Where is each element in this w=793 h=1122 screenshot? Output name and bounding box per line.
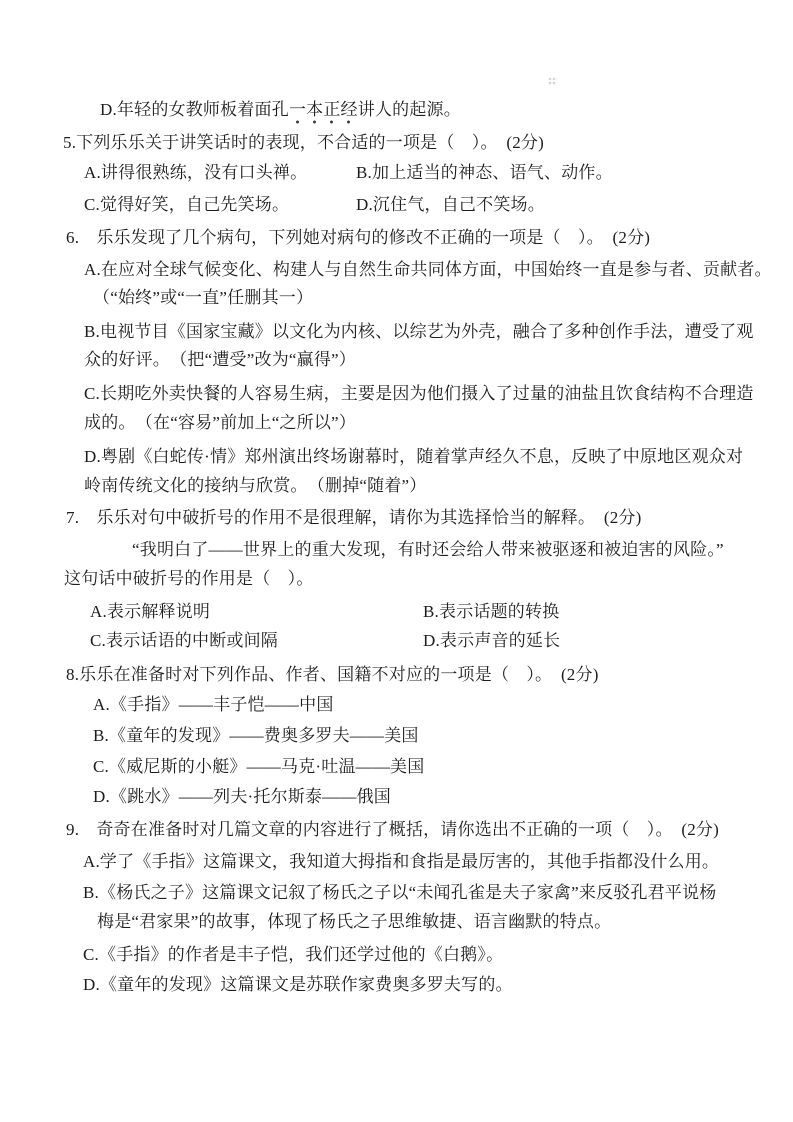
q4-option-d-pre: D.年轻的女教师板着面孔 (100, 100, 289, 119)
q6-option-d-line2: 岭南传统文化的接纳与欣赏。 （删掉“随着”） (84, 474, 427, 498)
q7-stem-line2: 这句话中破折号的作用是（ ）。 (64, 567, 314, 591)
q9-option-d: D.《童年的发现》这篇课文是苏联作家费奥多罗夫写的。 (83, 973, 513, 997)
q6-option-b-line1: B.电视节目《国家宝藏》以文化为内核、以综艺为外壳，融合了多种创作手法，遭受了观 (84, 320, 754, 344)
q4-option-d: D.年轻的女教师板着面孔一本正经讲人的起源。 (100, 98, 461, 122)
q4-option-d-post: 讲人的起源。 (358, 100, 461, 119)
q9-option-b-line1: B.《杨氏之子》这篇课文记叙了杨氏之子以“未闻孔雀是夫子家禽”来反驳孔君平说杨 (83, 881, 716, 905)
q5-option-b: B.加上适当的神态、语气、动作。 (356, 161, 613, 185)
q8-option-d: D.《跳水》——列夫·托尔斯泰——俄国 (93, 785, 391, 809)
q5-option-c: C.觉得好笑，自己先笑场。 (84, 193, 289, 217)
q7-stem: 7. 乐乐对句中破折号的作用不是很理解，请你为其选择恰当的解释。 (2分) (66, 506, 641, 530)
q9-option-c: C.《手指》的作者是丰子恺，我们还学过他的《白鹅》。 (83, 943, 503, 967)
q8-stem: 8.乐乐在准备时对下列作品、作者、国籍不对应的一项是（ ）。 (2分) (66, 663, 599, 687)
scan-artifact-speck (548, 77, 557, 86)
q5-option-d: D.沉住气，自己不笑场。 (356, 193, 545, 217)
q7-option-b: B.表示话题的转换 (423, 600, 559, 624)
q6-option-a-line1: A.在应对全球气候变化、构建人与自然生命共同体方面，中国始终一直是参与者、贡献者… (84, 258, 772, 282)
q8-option-c: C.《威尼斯的小艇》——马克·吐温——美国 (93, 755, 424, 779)
q6-option-c-line1: C.长期吃外卖快餐的人容易生病，主要是因为他们摄入了过量的油盐且饮食结构不合理造 (84, 382, 754, 406)
q9-option-a: A.学了《手指》这篇课文，我知道大拇指和食指是最厉害的，其他手指都没什么用。 (83, 850, 719, 874)
q6-option-b-line2: 众的好评。 （把“遭受”改为“赢得”） (84, 348, 356, 372)
q6-option-c-line2: 成的。 （在“容易”前加上“之所以”） (84, 411, 356, 435)
q7-quote: “我明白了——世界上的重大发现，有时还会给人带来被驱逐和被迫害的风险。” (132, 538, 724, 562)
q9-stem: 9. 奇奇在准备时对几篇文章的内容进行了概括，请你选出不正确的一项（ ）。 (2… (66, 818, 719, 842)
q7-option-c: C.表示话语的中断或间隔 (90, 629, 278, 653)
q8-option-a: A.《手指》——丰子恺——中国 (93, 693, 334, 717)
q7-option-d: D.表示声音的延长 (423, 629, 560, 653)
q6-option-a-line2: （“始终”或“一直”任删其一） (93, 286, 313, 310)
q8-option-b: B.《童年的发现》——费奥多罗夫——美国 (93, 724, 419, 748)
q6-stem: 6. 乐乐发现了几个病句，下列她对病句的修改不正确的一项是（ ）。 (2分) (66, 226, 650, 250)
q9-option-b-line2: 梅是“君家果”的故事，体现了杨氏之子思维敏捷、语言幽默的特点。 (97, 910, 611, 934)
q4-option-d-emphasized-text: 一本正经 (289, 100, 358, 124)
q5-option-a: A.讲得很熟练，没有口头禅。 (84, 161, 307, 185)
q6-option-d-line1: D.粤剧《白蛇传·情》郑州演出终场谢幕时，随着掌声经久不息，反映了中原地区观众对 (84, 445, 743, 469)
exam-page: D.年轻的女教师板着面孔一本正经讲人的起源。 5.下列乐乐关于讲笑话时的表现，不… (0, 0, 793, 1122)
q5-stem: 5.下列乐乐关于讲笑话时的表现，不合适的一项是（ ）。 (2分) (63, 131, 544, 155)
q7-option-a: A.表示解释说明 (90, 600, 210, 624)
